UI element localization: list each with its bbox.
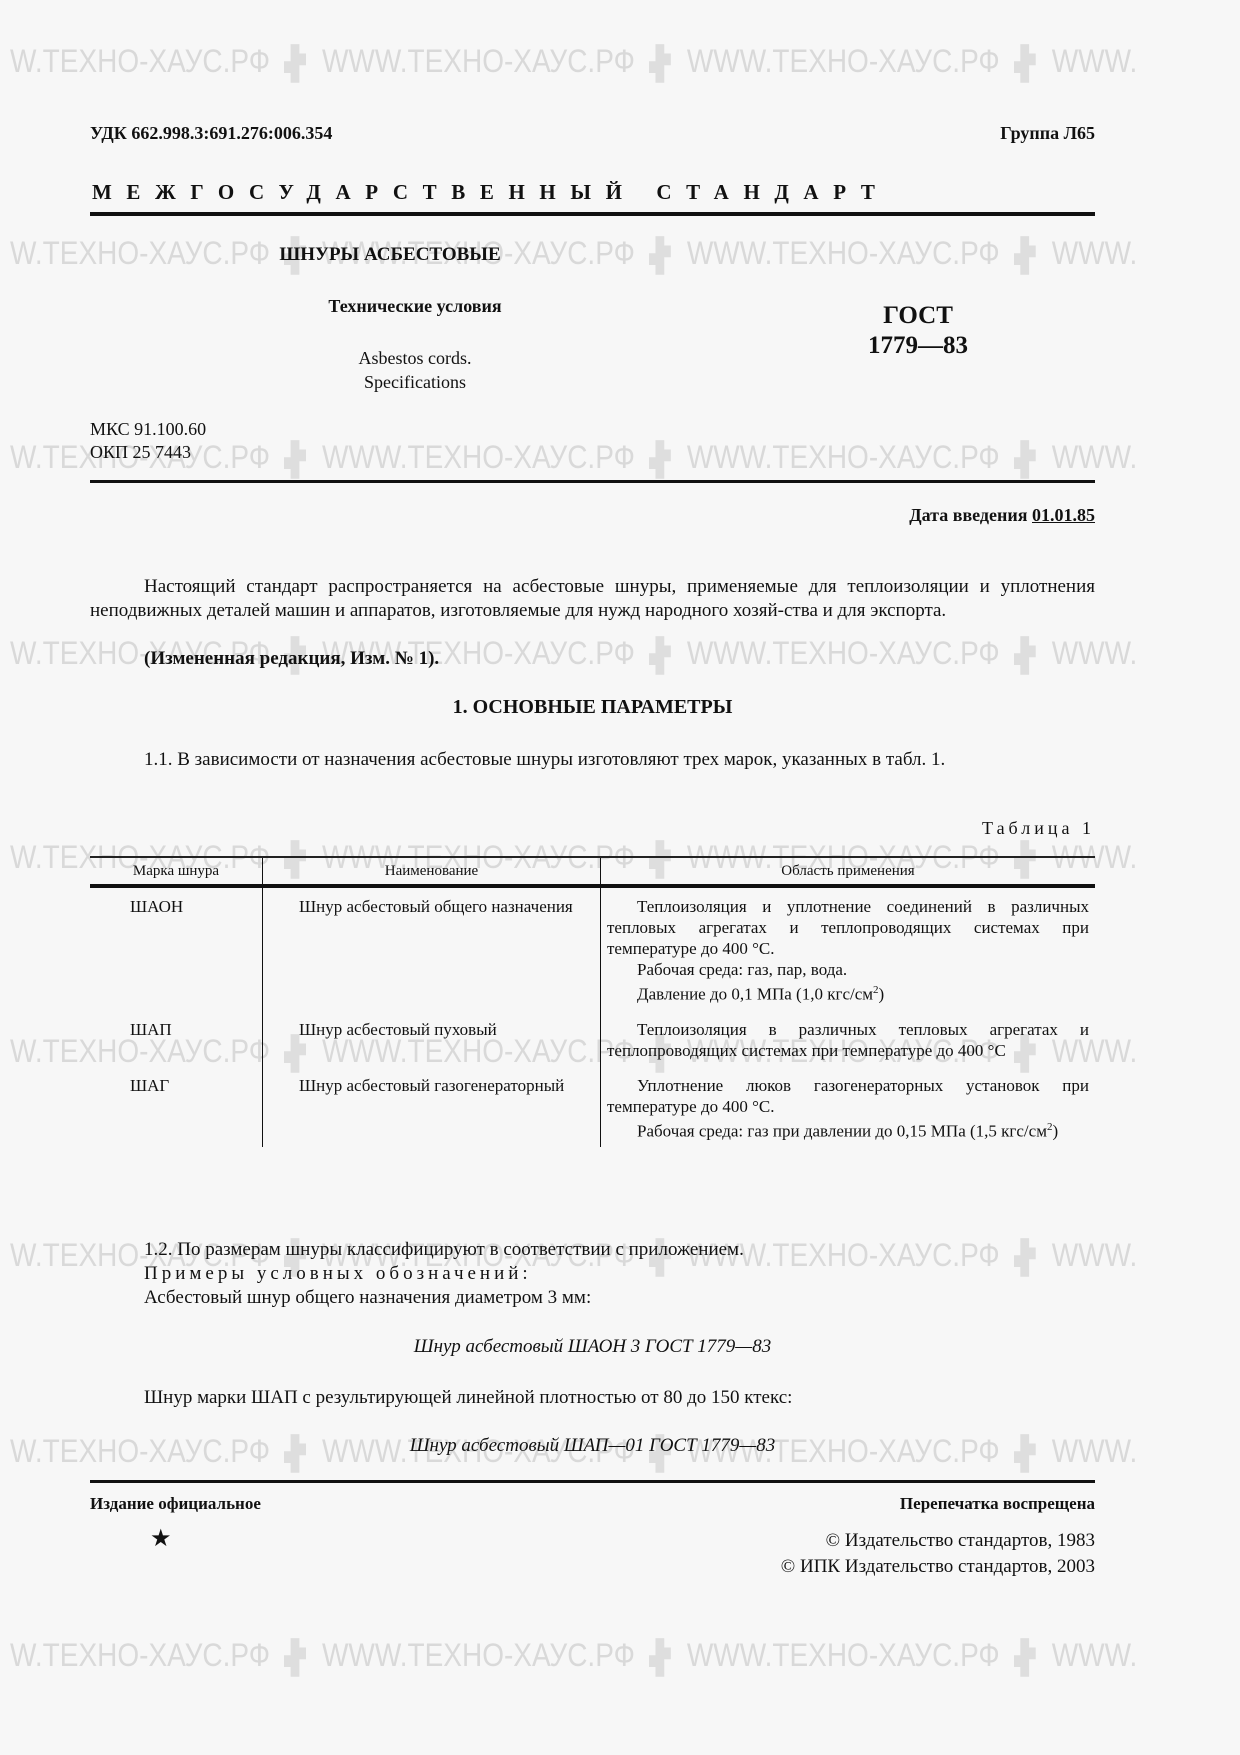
example-1-description: Асбестовый шнур общего назначения диамет… bbox=[144, 1286, 1094, 1310]
watermark-row: W.ТЕХНО-ХАУС.РФWWW.ТЕХНО-ХАУС.РФWWW.ТЕХН… bbox=[0, 235, 1240, 281]
meta-rule bbox=[90, 480, 1095, 483]
watermark-row: W.ТЕХНО-ХАУС.РФWWW.ТЕХНО-ХАУС.РФWWW.ТЕХН… bbox=[0, 1637, 1240, 1683]
cell-mark: ШАГ bbox=[90, 1071, 263, 1148]
copyright-2003: © ИПК Издательство стандартов, 2003 bbox=[781, 1556, 1095, 1578]
paragraph-1-1: 1.1. В зависимости от назначения асбесто… bbox=[90, 748, 1095, 772]
footer-rule bbox=[90, 1480, 1095, 1483]
example-1-designation: Шнур асбестовый ШАОН 3 ГОСТ 1779—83 bbox=[90, 1336, 1095, 1358]
gost-number: 1779—83 bbox=[818, 332, 1018, 360]
table-1: Марка шнура Наименование Область примене… bbox=[90, 858, 1095, 1147]
okp-code: ОКП 25 7443 bbox=[90, 442, 191, 463]
amendment-note: (Измененная редакция, Изм. № 1). bbox=[144, 647, 1044, 671]
examples-label: Примеры условных обозначений: bbox=[144, 1262, 1094, 1286]
col-header-application: Область применения bbox=[601, 858, 1096, 886]
cell-name: Шнур асбестовый пуховый bbox=[263, 1015, 601, 1071]
title-english-1: Asbestos cords. bbox=[265, 348, 565, 369]
paragraph-1-2: 1.2. По размерам шнуры классифицируют в … bbox=[144, 1238, 1094, 1262]
header-rule bbox=[90, 212, 1095, 216]
table-row: ШАП Шнур асбестовый пуховый Теплоизоляци… bbox=[90, 1015, 1095, 1071]
example-2-description: Шнур марки ШАП с результирующей линейной… bbox=[144, 1386, 1094, 1410]
cell-mark: ШАП bbox=[90, 1015, 263, 1071]
cell-name: Шнур асбестовый газогенераторный bbox=[263, 1071, 601, 1148]
group-code: Группа Л65 bbox=[1000, 123, 1095, 144]
date-value: 01.01.85 bbox=[1032, 505, 1095, 525]
gost-label: ГОСТ bbox=[818, 302, 1018, 330]
intro-paragraph: Настоящий стандарт распространяется на а… bbox=[90, 575, 1095, 623]
col-header-mark: Марка шнура bbox=[90, 858, 263, 886]
watermark-row: W.ТЕХНО-ХАУС.РФWWW.ТЕХНО-ХАУС.РФWWW.ТЕХН… bbox=[0, 43, 1240, 89]
example-2-designation: Шнур асбестовый ШАП—01 ГОСТ 1779—83 bbox=[90, 1435, 1095, 1457]
official-edition: Издание официальное bbox=[90, 1494, 261, 1514]
cell-mark: ШАОН bbox=[90, 886, 263, 1015]
reprint-prohibited: Перепечатка воспрещена bbox=[900, 1494, 1095, 1514]
introduction-date: Дата введения 01.01.85 bbox=[909, 505, 1095, 526]
cell-application: Теплоизоляция в различных тепловых агрег… bbox=[601, 1015, 1096, 1071]
cell-application: Уплотнение люков газогенераторных устано… bbox=[601, 1071, 1096, 1148]
copyright-1983: © Издательство стандартов, 1983 bbox=[826, 1530, 1095, 1552]
document-subtitle: Технические условия bbox=[230, 296, 600, 317]
title-english-2: Specifications bbox=[265, 372, 565, 393]
cell-name: Шнур асбестовый общего назначения bbox=[263, 886, 601, 1015]
section-heading: 1. ОСНОВНЫЕ ПАРАМЕТРЫ bbox=[90, 696, 1095, 719]
document-title: ШНУРЫ АСБЕСТОВЫЕ bbox=[230, 244, 550, 266]
table-caption: Таблица 1 bbox=[982, 818, 1095, 839]
table-row: ШАОН Шнур асбестовый общего назначения Т… bbox=[90, 886, 1095, 1015]
mks-code: МКС 91.100.60 bbox=[90, 419, 206, 440]
cell-application: Теплоизоляция и уплотнение соединений в … bbox=[601, 886, 1096, 1015]
star-icon: ★ bbox=[150, 1524, 172, 1553]
standard-type: МЕЖГОСУДАРСТВЕННЫЙ СТАНДАРТ bbox=[92, 180, 1102, 205]
udk-code: УДК 662.998.3:691.276:006.354 bbox=[90, 123, 332, 144]
table-row: ШАГ Шнур асбестовый газогенераторный Упл… bbox=[90, 1071, 1095, 1148]
date-label: Дата введения bbox=[909, 505, 1027, 525]
col-header-name: Наименование bbox=[263, 858, 601, 886]
